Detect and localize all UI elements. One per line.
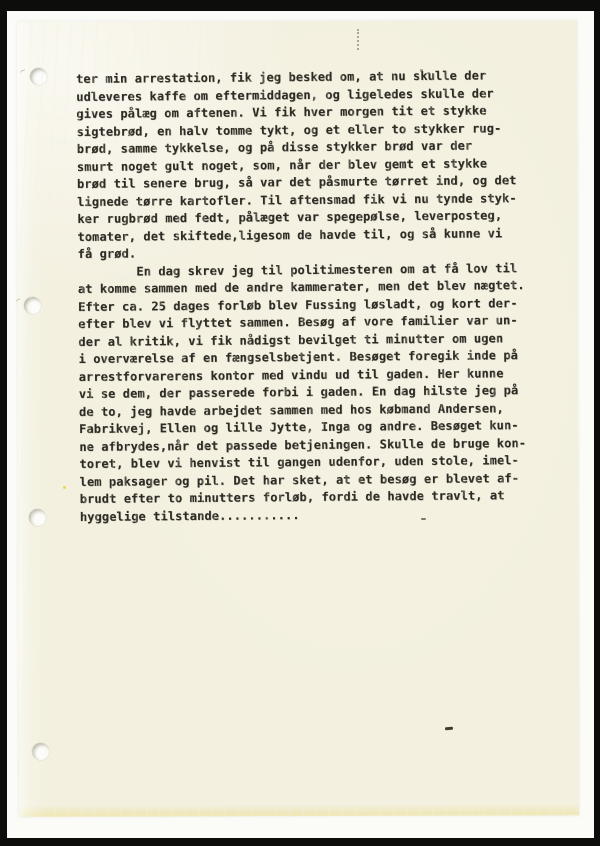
ink-speck [427, 72, 430, 75]
stray-dash-mark [421, 518, 426, 520]
punch-hole [24, 297, 41, 314]
typewritten-text-block: ter min arrestation, fik jeg besked om, … [76, 67, 550, 526]
scan-black-frame: ter min arrestation, fik jeg besked om, … [0, 0, 600, 846]
punch-hole [29, 509, 46, 526]
punch-hole [30, 68, 47, 85]
ink-speck [420, 69, 423, 72]
paper-speck [63, 486, 66, 489]
dotted-pencil-mark [357, 29, 359, 50]
punch-hole [32, 743, 49, 760]
